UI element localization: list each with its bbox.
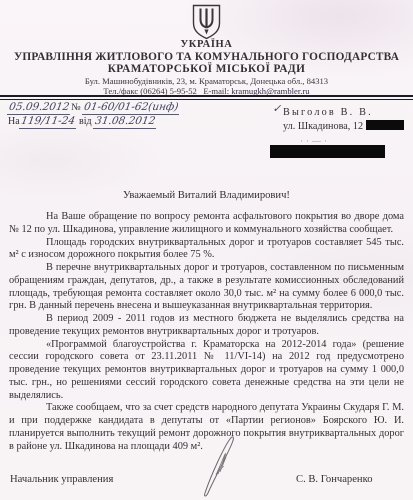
reference-block: 05.09.2012№ 01-60/01-62(инф) На119/11-24… bbox=[8, 101, 180, 129]
na-label: На bbox=[8, 116, 20, 127]
reference-line-in: На119/11-24 від 31.08.2012 bbox=[8, 115, 180, 129]
outgoing-date-handwritten: 05.09.2012 bbox=[7, 101, 72, 115]
paragraph-1: На Ваше обращение по вопросу ремонта асф… bbox=[9, 211, 404, 237]
scan-smudge: ··—· bbox=[300, 136, 360, 144]
recipient-name: Выголов В. В. bbox=[283, 106, 404, 120]
checkmark-icon: ✓ bbox=[272, 102, 284, 116]
paragraph-3: В перечне внутриквартальных дорог и трот… bbox=[9, 262, 404, 313]
letterhead-country: УКРАЇНА bbox=[0, 39, 413, 50]
incoming-number-handwritten: 119/11-24 bbox=[19, 115, 78, 129]
paragraph-5: «Программой благоустройства г. Краматорс… bbox=[9, 339, 404, 403]
letterhead-org-line1: УПРАВЛІННЯ ЖИТЛОВОГО ТА КОМУНАЛЬНОГО ГОС… bbox=[0, 51, 413, 63]
recipient-address-line: ул. Шкадинова, 12 bbox=[283, 120, 404, 134]
salutation: Уважаемый Виталий Владимирович! bbox=[0, 190, 413, 201]
recipient-block: ✓ Выголов В. В. ул. Шкадинова, 12 bbox=[283, 106, 404, 134]
signer-position: Начальник управления bbox=[10, 474, 113, 485]
paragraph-4: В период 2009 - 2011 годов из местного б… bbox=[9, 313, 404, 339]
signature-stroke bbox=[196, 435, 242, 499]
vid-label: від bbox=[79, 116, 92, 127]
ukraine-trident-icon bbox=[191, 4, 222, 40]
incoming-date-handwritten: 31.08.2012 bbox=[93, 115, 158, 129]
signer-name: С. В. Гончаренко bbox=[296, 474, 373, 485]
scanned-letter-page: УКРАЇНА УПРАВЛІННЯ ЖИТЛОВОГО ТА КОМУНАЛЬ… bbox=[0, 0, 413, 500]
paragraph-2: Площадь городских внутриквартальных доро… bbox=[9, 237, 404, 263]
letterhead-divider bbox=[0, 95, 413, 100]
redaction-box-contact bbox=[270, 145, 385, 158]
letter-body: На Ваше обращение по вопросу ремонта асф… bbox=[9, 211, 404, 453]
letterhead-org-line2: КРАМАТОРСЬКОЇ МІСЬКОЇ РАДИ bbox=[0, 63, 413, 75]
redaction-box-apartment bbox=[366, 120, 404, 130]
letterhead-address: Бул. Машинобудівників, 23, м. Краматорсь… bbox=[0, 76, 413, 86]
number-sign: № bbox=[71, 102, 81, 113]
reference-line-out: 05.09.2012№ 01-60/01-62(инф) bbox=[8, 101, 180, 115]
recipient-address: ул. Шкадинова, 12 bbox=[283, 121, 363, 132]
outgoing-number-handwritten: 01-60/01-62(инф) bbox=[82, 101, 181, 115]
